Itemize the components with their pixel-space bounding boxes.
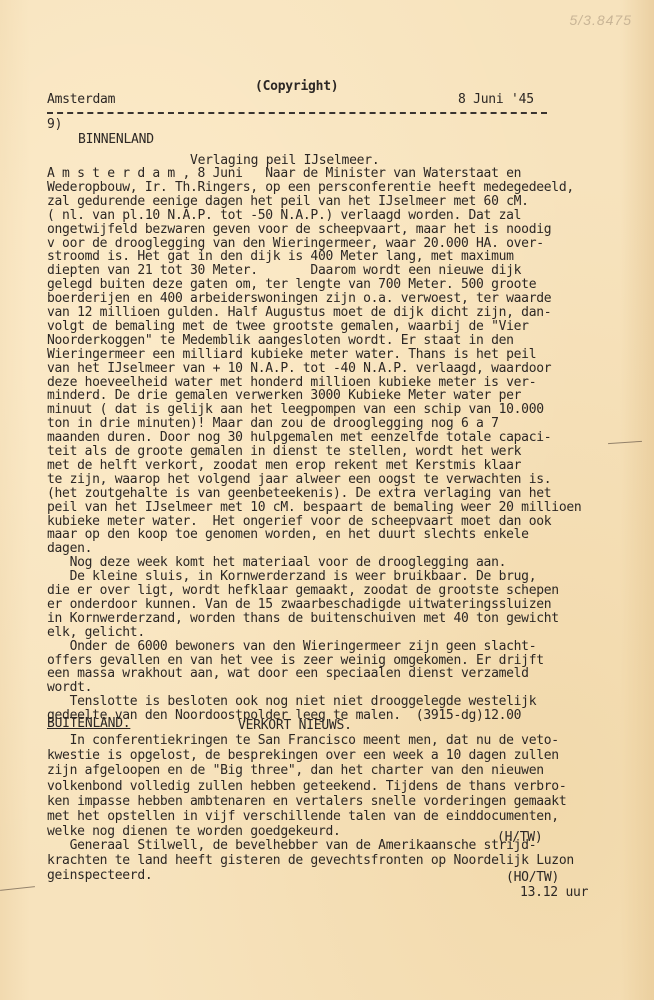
text-line: ongetwijfeld bezwaren geven voor de sche… xyxy=(47,222,551,237)
dateline-place: Amsterdam xyxy=(47,92,115,107)
archive-number: 5/3.8475 xyxy=(570,12,633,28)
text-line: van 12 millioen gulden. Half Augustus mo… xyxy=(47,305,551,320)
text-line: van het IJselmeer van + 10 N.A.P. tot -4… xyxy=(47,361,551,376)
text-line: De kleine sluis, in Kornwerderzand is we… xyxy=(47,569,536,584)
article-signature-ho-tw: (HO/TW) xyxy=(506,870,559,885)
text-line: die er over ligt, wordt hefklaar gemaakt… xyxy=(47,583,559,598)
text-line: v oor de drooglegging van den Wieringerm… xyxy=(47,236,544,251)
text-line: stroomd is. Het gat in den dijk is 400 M… xyxy=(47,249,514,264)
text-line: Noorderkoggen" te Medemblik aangesloten … xyxy=(47,333,514,348)
item-number: 9) xyxy=(47,117,62,132)
text-line: Nog deze week komt het materiaal voor de… xyxy=(47,555,506,570)
text-line: ken impasse hebben ambtenaren en vertale… xyxy=(47,794,566,809)
text-line: boerderijen en 400 arbeiderswoningen zij… xyxy=(47,291,551,306)
text-line: krachten te land heeft gisteren de gevec… xyxy=(47,853,574,868)
text-line: welke nog dienen te worden goedgekeurd. xyxy=(47,824,341,839)
text-line: Tenslotte is besloten ook nog niet niet … xyxy=(47,694,536,709)
text-line: ( nl. van pl.10 N.A.P. tot -50 N.A.P.) v… xyxy=(47,208,521,223)
text-line: met de helft verkort, zoodat men erop re… xyxy=(47,458,521,473)
text-line: diepten van 21 tot 30 Meter. Daarom word… xyxy=(47,263,521,278)
pencil-mark xyxy=(0,886,35,891)
text-line: zal gedurende eenige dagen het peil van … xyxy=(47,194,529,209)
text-line: peil van het IJselmeer met 10 cM. bespaa… xyxy=(47,500,581,515)
text-line: gelegd buiten deze gaten om, ter lengte … xyxy=(47,277,536,292)
text-line: met het opstellen in vijf verschillende … xyxy=(47,809,559,824)
text-line: (het zoutgehalte is van geenbeteekenis).… xyxy=(47,486,551,501)
text-line: deze hoeveelheid water met honderd milli… xyxy=(47,375,536,390)
dateline-date: 8 Juni '45 xyxy=(458,92,534,107)
text-line: er onderdoor kunnen. Van de 15 zwaarbesc… xyxy=(47,597,551,612)
text-line: Wederopbouw, Ir. Th.Ringers, op een pers… xyxy=(47,180,574,195)
text-line: volkenbond volledig zullen hebben geteek… xyxy=(47,779,566,794)
text-line: kubieke meter water. Het ongerief voor d… xyxy=(47,514,551,529)
text-line: te zijn, waarop het volgend jaar alweer … xyxy=(47,472,551,487)
text-line: volgt de bemaling met de twee grootste g… xyxy=(47,319,529,334)
header-divider xyxy=(47,112,547,114)
text-line: wordt. xyxy=(47,680,92,695)
text-line: maar op den koop toe genomen worden, en … xyxy=(47,527,529,542)
text-line: elk, gelicht. xyxy=(47,625,145,640)
text-line: in Kornwerderzand, worden thans de buite… xyxy=(47,611,559,626)
text-line: minuut ( dat is gelijk aan het leegpompe… xyxy=(47,402,544,417)
text-line: In conferentiekringen te San Francisco m… xyxy=(47,733,559,748)
text-line: Wieringermeer een milliard kubieke meter… xyxy=(47,347,536,362)
text-line: A m s t e r d a m , 8 Juni Naar de Minis… xyxy=(47,166,521,181)
section-heading-binnenland: BINNENLAND xyxy=(78,132,154,147)
text-line: geinspecteerd. xyxy=(47,868,152,883)
text-line: Generaal Stilwell, de bevelhebber van de… xyxy=(47,838,536,853)
section-heading-buitenland: BUITENLAND. xyxy=(47,716,130,731)
text-line: minderd. De drie gemalen verwerken 3000 … xyxy=(47,388,521,403)
pencil-mark xyxy=(608,441,642,444)
text-line: Onder de 6000 bewoners van den Wieringer… xyxy=(47,639,536,654)
text-line: dagen. xyxy=(47,541,92,556)
copyright-notice: (Copyright) xyxy=(255,79,338,94)
text-line: teit als de groote gemalen in dienst te … xyxy=(47,444,521,459)
text-line: zijn afgeloopen en de "Big three", dan h… xyxy=(47,763,544,778)
text-line: ton in drie minuten)! Maar dan zou de dr… xyxy=(47,416,499,431)
section-title-verkort-nieuws: VERKORT NIEUWS. xyxy=(238,718,352,733)
text-line: offers gevallen en van het vee is zeer w… xyxy=(47,653,544,668)
transmission-time: 13.12 uur xyxy=(520,885,588,900)
text-line: kwestie is opgelost, de besprekingen ove… xyxy=(47,748,559,763)
text-line: maanden duren. Door nog 30 hulpgemalen m… xyxy=(47,430,551,445)
text-line: een massa wrakhout aan, wat door een spe… xyxy=(47,666,529,681)
typewritten-document-page: 5/3.8475 (Copyright) Amsterdam 8 Juni '4… xyxy=(0,0,654,1000)
